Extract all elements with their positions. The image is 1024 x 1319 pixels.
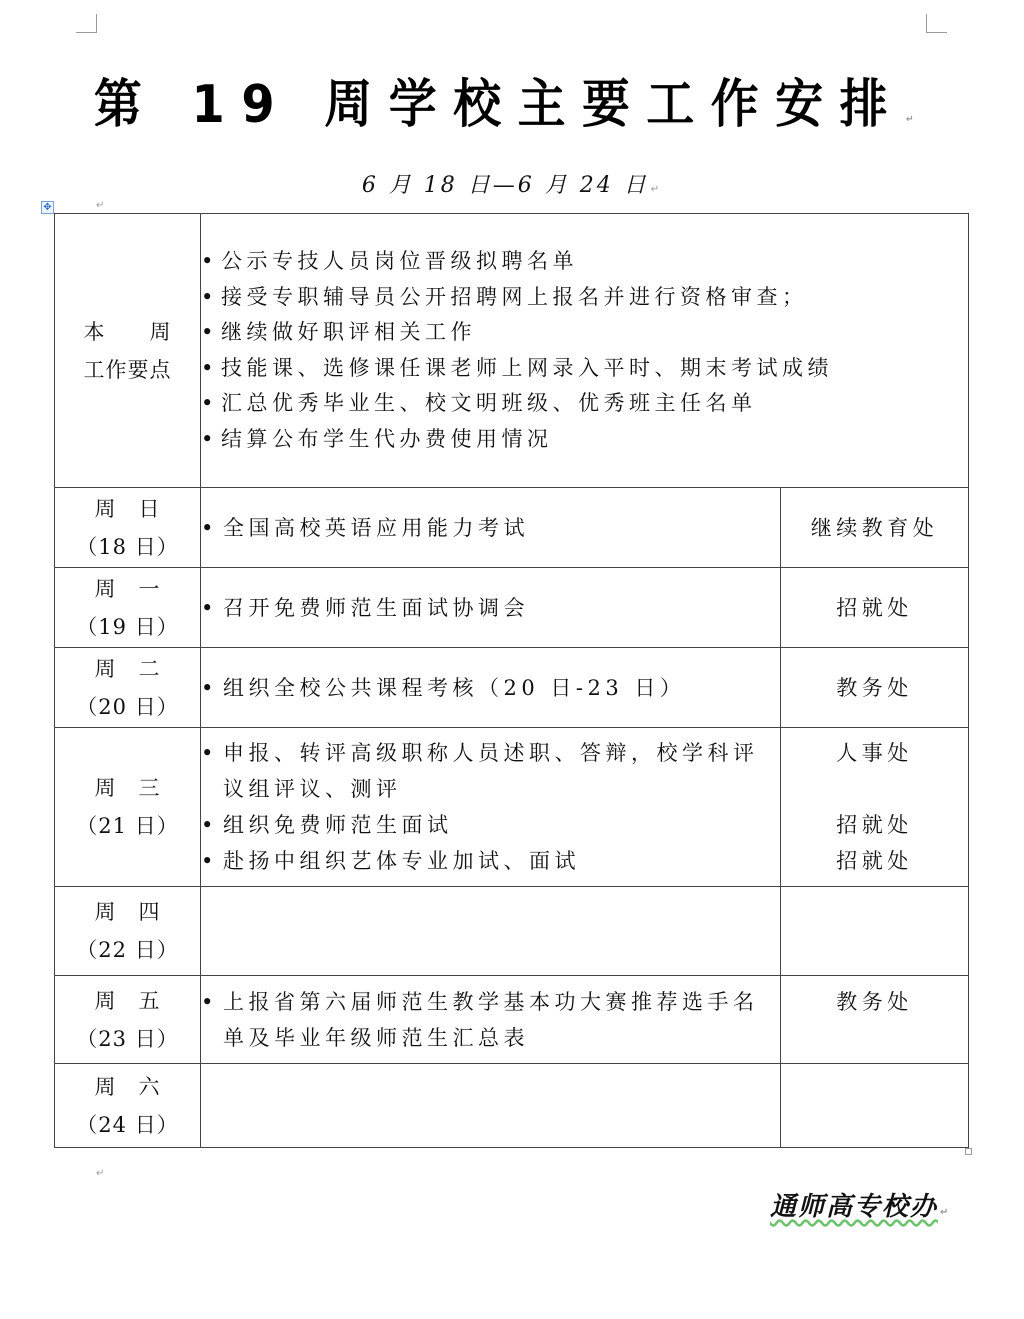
table-row-monday: 周 一 （19 日） 召开免费师范生面试协调会 招就处 (55, 568, 969, 648)
signature: 通师高专校办↵ (770, 1186, 950, 1223)
paragraph-mark-icon: ↵ (651, 184, 662, 195)
day-date: （23 日） (55, 1020, 200, 1058)
day-cell: 周 三 （21 日） (55, 728, 201, 887)
day-cell: 周 五 （23 日） (55, 976, 201, 1064)
day-cell: 周 四 （22 日） (55, 887, 201, 976)
table-move-handle-icon[interactable]: ✥ (41, 201, 54, 214)
task-item: 组织免费师范生面试 (201, 807, 780, 843)
document-title: 第 19 周学校主要工作安排↵ (41, 62, 983, 137)
table-row-friday: 周 五 （23 日） 上报省第六届师范生教学基本功大赛推荐选手名单及毕业年级师范… (55, 976, 969, 1064)
table-row-tuesday: 周 二 （20 日） 组织全校公共课程考核（20 日-23 日） 教务处 (55, 648, 969, 728)
task-cell-empty (201, 887, 781, 976)
signature-text: 通师高专校办 (770, 1192, 938, 1222)
task-cell: 申报、转评高级职称人员述职、答辩，校学科评议组评议、测评 组织免费师范生面试 赴… (201, 728, 781, 887)
title-text: 第 19 周学校主要工作安排 (94, 75, 904, 135)
weekly-focus-items-cell: 公示专技人员岗位晋级拟聘名单 接受专职辅导员公开招聘网上报名并进行资格审查； 继… (201, 214, 969, 488)
task-cell: 全国高校英语应用能力考试 (201, 488, 781, 568)
table-row-weekly-focus: 本 周 工作要点 公示专技人员岗位晋级拟聘名单 接受专职辅导员公开招聘网上报名并… (55, 214, 969, 488)
dept-name (781, 1020, 968, 1056)
paragraph-mark-icon: ↵ (96, 1168, 104, 1179)
day-date: （24 日） (55, 1106, 200, 1144)
dept-cell: 招就处 (781, 568, 969, 648)
task-item: 赴扬中组织艺体专业加试、面试 (201, 843, 780, 879)
day-name: 周 三 (55, 769, 200, 807)
task-cell: 召开免费师范生面试协调会 (201, 568, 781, 648)
date-range-text: 6 月 18 日—6 月 24 日 (362, 173, 649, 198)
task-item: 上报省第六届师范生教学基本功大赛推荐选手名单及毕业年级师范生汇总表 (201, 984, 780, 1056)
paragraph-mark-icon: ↵ (96, 200, 104, 211)
dept-cell: 继续教育处 (781, 488, 969, 568)
table-row-saturday: 周 六 （24 日） (55, 1064, 969, 1148)
task-item: 全国高校英语应用能力考试 (201, 510, 780, 546)
page-corner-mark-top-left (76, 14, 97, 33)
paragraph-mark-icon: ↵ (906, 114, 930, 125)
dept-name: 教务处 (781, 984, 968, 1020)
focus-item: 公示专技人员岗位晋级拟聘名单 (201, 244, 968, 280)
task-cell: 组织全校公共课程考核（20 日-23 日） (201, 648, 781, 728)
focus-label-line2: 工作要点 (55, 351, 200, 389)
dept-name: 招就处 (781, 807, 968, 843)
day-name: 周 五 (55, 982, 200, 1020)
dept-cell-empty (781, 887, 969, 976)
focus-item: 汇总优秀毕业生、校文明班级、优秀班主任名单 (201, 386, 968, 422)
focus-label-line1: 本 周 (55, 313, 200, 351)
day-name: 周 日 (55, 490, 200, 528)
dept-name: 继续教育处 (781, 510, 968, 546)
day-cell: 周 日 （18 日） (55, 488, 201, 568)
date-range: 6 月 18 日—6 月 24 日↵ (0, 168, 1024, 199)
focus-item: 接受专职辅导员公开招聘网上报名并进行资格审查； (201, 280, 968, 316)
task-cell: 上报省第六届师范生教学基本功大赛推荐选手名单及毕业年级师范生汇总表 (201, 976, 781, 1064)
weekly-focus-label-cell: 本 周 工作要点 (55, 214, 201, 488)
day-name: 周 一 (55, 570, 200, 608)
schedule-table: 本 周 工作要点 公示专技人员岗位晋级拟聘名单 接受专职辅导员公开招聘网上报名并… (54, 213, 969, 1148)
dept-name: 招就处 (781, 843, 968, 879)
dept-cell: 人事处 招就处 招就处 (781, 728, 969, 887)
page-corner-mark-top-right (926, 14, 947, 33)
table-row-thursday: 周 四 （22 日） (55, 887, 969, 976)
dept-name: 人事处 (781, 735, 968, 771)
task-cell-empty (201, 1064, 781, 1148)
dept-cell: 教务处 (781, 648, 969, 728)
focus-item: 技能课、选修课任课老师上网录入平时、期末考试成绩 (201, 351, 968, 387)
table-row-wednesday: 周 三 （21 日） 申报、转评高级职称人员述职、答辩，校学科评议组评议、测评 … (55, 728, 969, 887)
day-cell: 周 六 （24 日） (55, 1064, 201, 1148)
task-item: 申报、转评高级职称人员述职、答辩，校学科评议组评议、测评 (201, 735, 780, 807)
day-date: （22 日） (55, 931, 200, 969)
dept-cell-empty (781, 1064, 969, 1148)
table-row-sunday: 周 日 （18 日） 全国高校英语应用能力考试 继续教育处 (55, 488, 969, 568)
day-name: 周 二 (55, 650, 200, 688)
day-date: （18 日） (55, 528, 200, 566)
day-date: （21 日） (55, 807, 200, 845)
dept-cell: 教务处 (781, 976, 969, 1064)
day-cell: 周 一 （19 日） (55, 568, 201, 648)
day-date: （20 日） (55, 688, 200, 726)
focus-item: 结算公布学生代办费使用情况 (201, 422, 968, 458)
day-date: （19 日） (55, 608, 200, 646)
focus-item: 继续做好职评相关工作 (201, 315, 968, 351)
day-name: 周 四 (55, 893, 200, 931)
task-item: 召开免费师范生面试协调会 (201, 590, 780, 626)
day-name: 周 六 (55, 1068, 200, 1106)
task-item: 组织全校公共课程考核（20 日-23 日） (201, 670, 780, 706)
day-cell: 周 二 （20 日） (55, 648, 201, 728)
dept-name: 教务处 (781, 670, 968, 706)
dept-name (781, 771, 968, 807)
paragraph-mark-icon: ↵ (940, 1207, 950, 1218)
table-resize-handle[interactable] (965, 1148, 972, 1155)
dept-name: 招就处 (781, 590, 968, 626)
